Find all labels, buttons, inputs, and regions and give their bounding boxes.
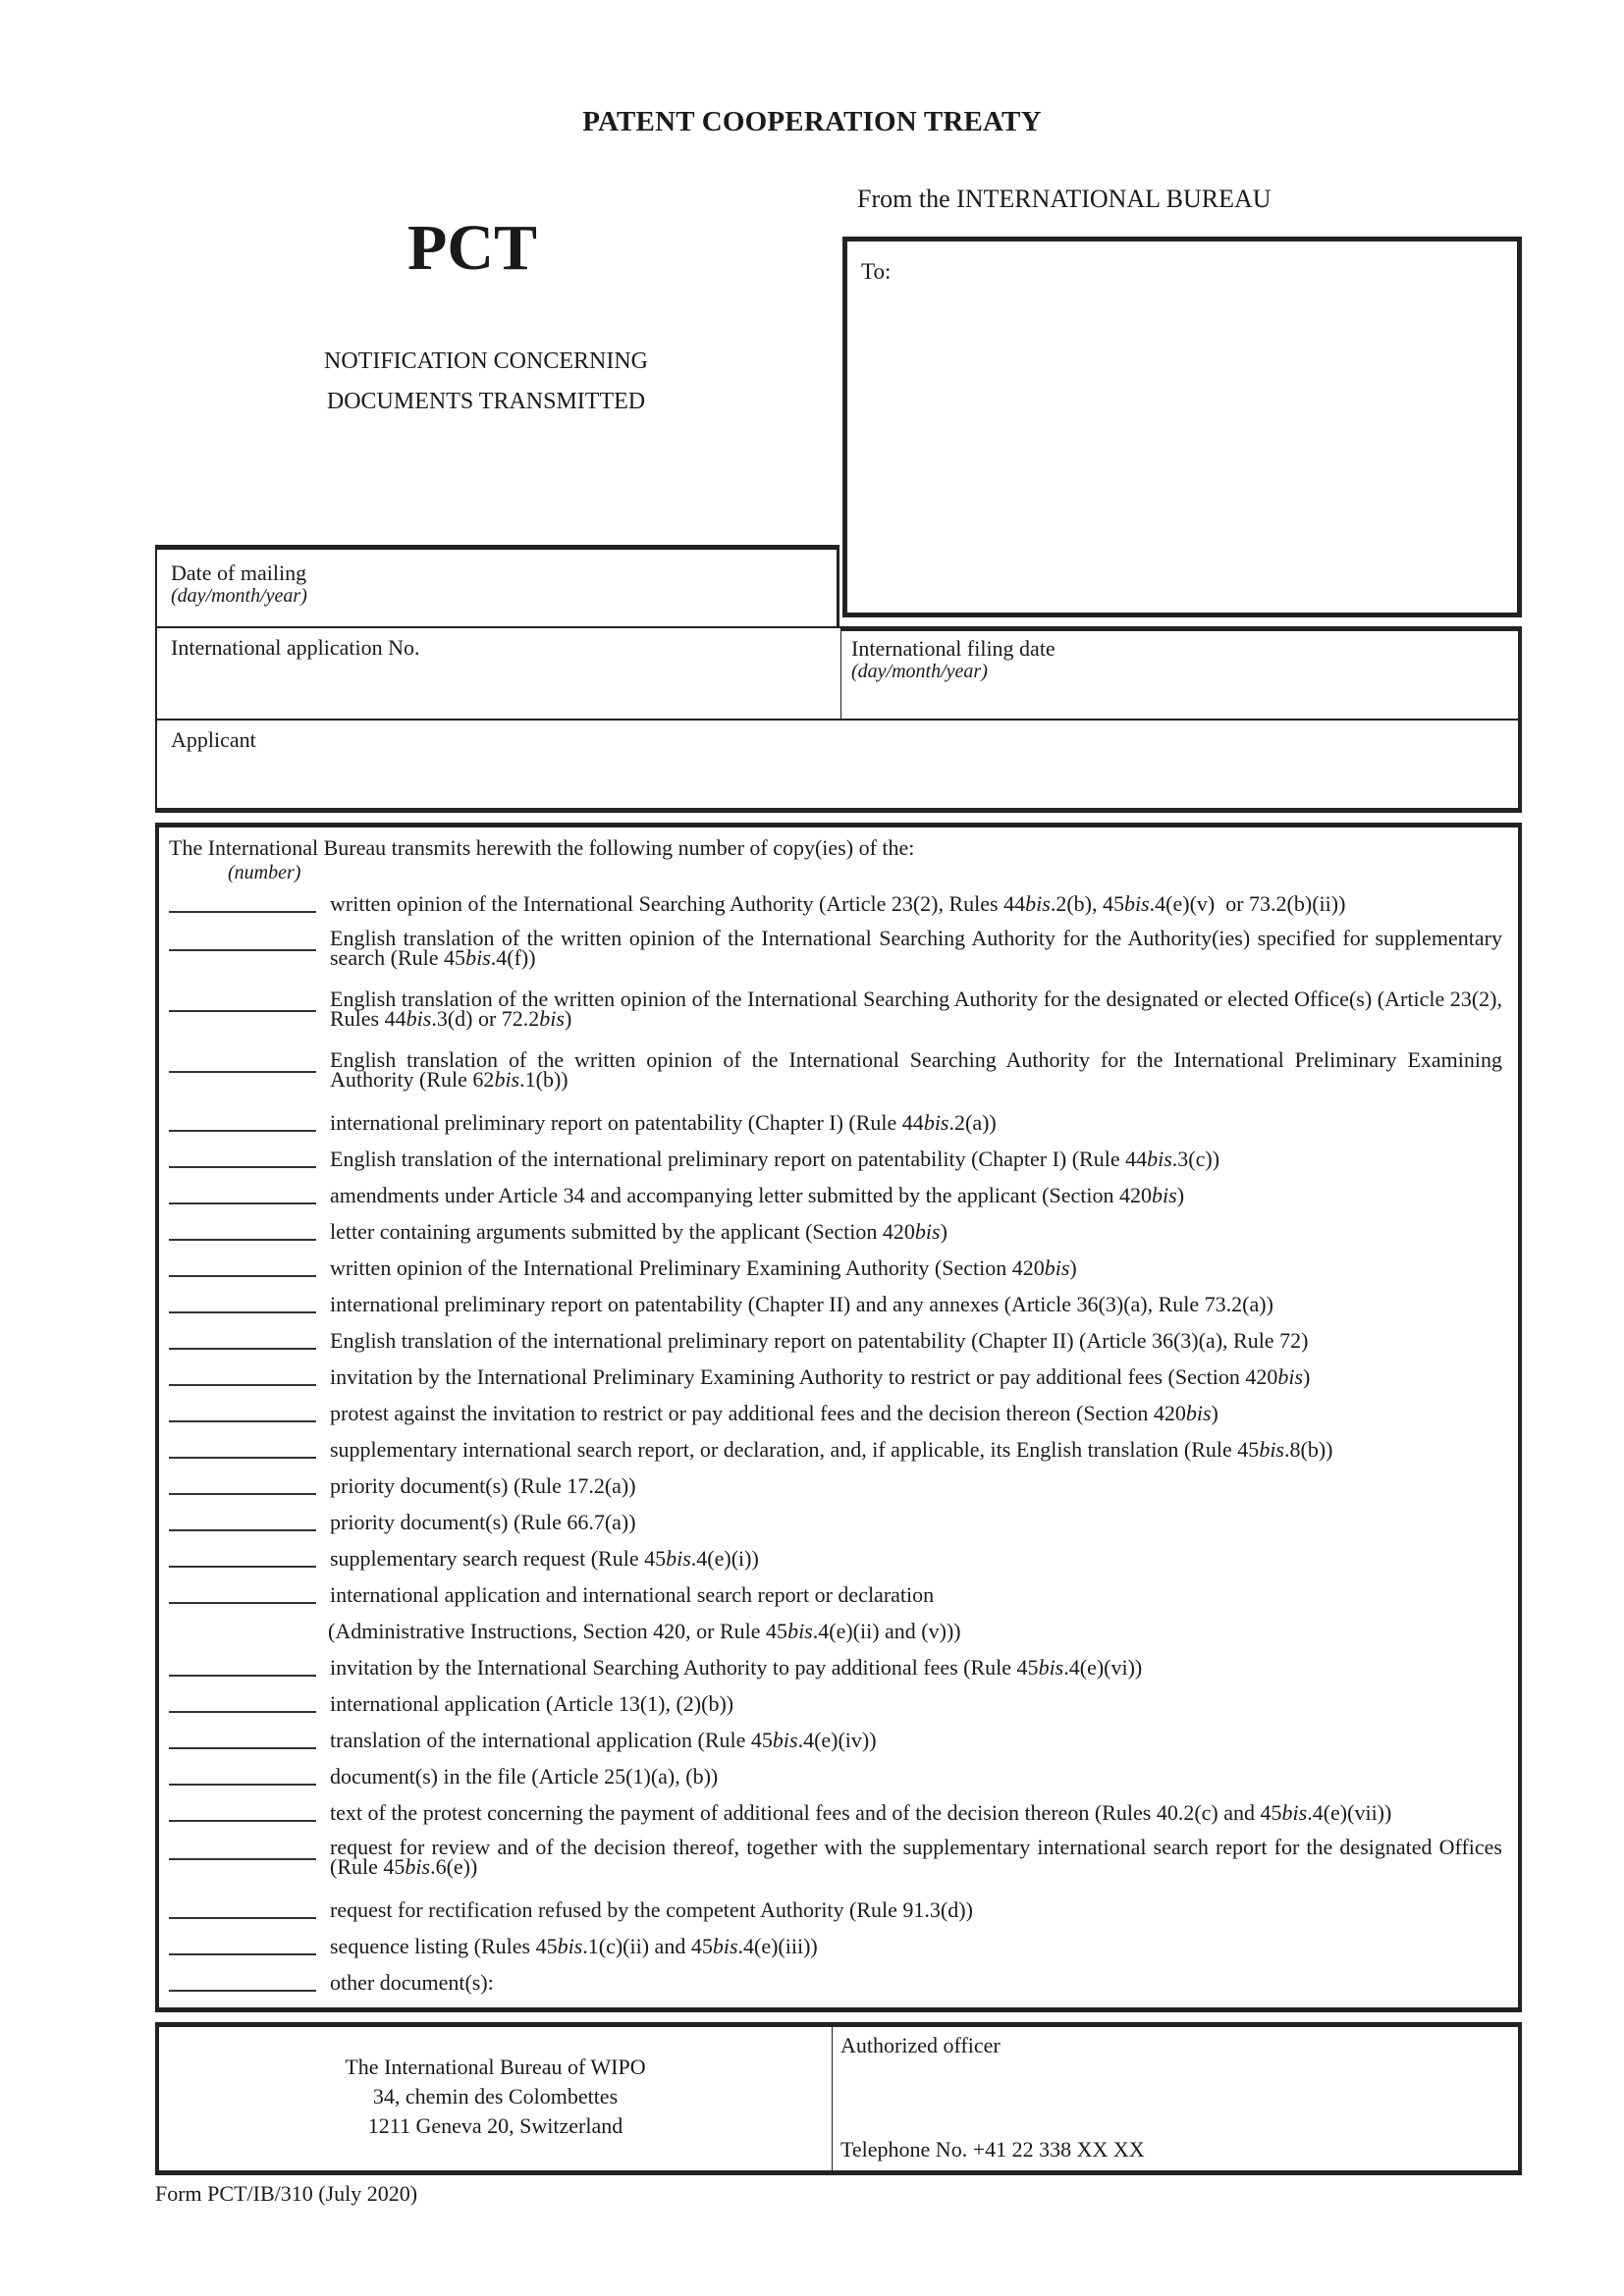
notification-title-line2: DOCUMENTS TRANSMITTED [285, 382, 687, 422]
application-details: International application No. Internatio… [155, 626, 1522, 813]
to-label: To: [861, 259, 891, 285]
date-format-hint: (day/month/year) [171, 585, 307, 607]
document-item: text of the protest concerning the payme… [159, 1795, 1518, 1832]
copy-count-blank[interactable] [169, 1653, 316, 1677]
copy-count-blank[interactable] [169, 1544, 316, 1568]
document-item: request for review and of the decision t… [159, 1832, 1518, 1893]
document-item: supplementary international search repor… [159, 1432, 1518, 1468]
document-item: international preliminary report on pate… [159, 1287, 1518, 1323]
pct-heading: PCT [407, 211, 537, 286]
document-item: international application (Article 13(1)… [159, 1686, 1518, 1723]
document-item-text: supplementary international search repor… [330, 1440, 1502, 1460]
document-item-text: other document(s): [330, 1973, 1502, 1993]
documents-intro: The International Bureau transmits herew… [169, 835, 914, 861]
copy-count-blank[interactable] [169, 1580, 316, 1604]
document-item-text: supplementary search request (Rule 45bis… [330, 1549, 1502, 1569]
copy-count-blank[interactable] [169, 1762, 316, 1786]
copy-count-blank[interactable] [169, 1837, 316, 1860]
document-item: invitation by the International Searchin… [159, 1650, 1518, 1686]
authorized-officer-label: Authorized officer [840, 2033, 1001, 2058]
document-item: English translation of the written opini… [159, 984, 1518, 1044]
document-item-text: international preliminary report on pate… [330, 1295, 1502, 1314]
document-item: supplementary search request (Rule 45bis… [159, 1541, 1518, 1577]
copy-count-blank[interactable] [169, 1896, 316, 1919]
document-item-text: priority document(s) (Rule 66.7(a)) [330, 1513, 1502, 1532]
document-item-text: request for review and of the decision t… [330, 1838, 1502, 1877]
document-item: document(s) in the file (Article 25(1)(a… [159, 1759, 1518, 1795]
document-item-text: written opinion of the International Sea… [330, 894, 1502, 914]
document-item-text: letter containing arguments submitted by… [330, 1222, 1502, 1242]
document-item-text: request for rectification refused by the… [330, 1900, 1502, 1920]
document-item: sequence listing (Rules 45bis.1(c)(ii) a… [159, 1929, 1518, 1965]
addressee-box[interactable]: To: [842, 237, 1522, 617]
copy-count-blank[interactable] [169, 1435, 316, 1459]
document-item: international application and internatio… [159, 1577, 1518, 1614]
document-item: written opinion of the International Pre… [159, 1251, 1518, 1287]
document-item: English translation of the written opini… [159, 923, 1518, 984]
copy-count-blank[interactable] [169, 988, 316, 1012]
copy-count-blank[interactable] [169, 1254, 316, 1277]
document-item-text: priority document(s) (Rule 17.2(a)) [330, 1476, 1502, 1496]
copy-count-blank[interactable] [169, 889, 316, 913]
document-list: written opinion of the International Sea… [159, 886, 1518, 2002]
treaty-title: PATENT COOPERATION TREATY [0, 106, 1624, 138]
international-filing-date-label: International filing date [851, 637, 1056, 661]
document-item: priority document(s) (Rule 66.7(a)) [159, 1505, 1518, 1541]
document-item: international preliminary report on pate… [159, 1105, 1518, 1142]
wipo-address: The International Bureau of WIPO 34, che… [159, 2027, 833, 2170]
document-item: letter containing arguments submitted by… [159, 1214, 1518, 1251]
document-item: written opinion of the International Sea… [159, 886, 1518, 923]
copy-count-blank[interactable] [169, 1508, 316, 1531]
date-of-mailing-label: Date of mailing [171, 561, 307, 585]
notification-title: NOTIFICATION CONCERNING DOCUMENTS TRANSM… [285, 342, 687, 422]
date-format-hint: (day/month/year) [851, 661, 1056, 682]
copy-count-blank[interactable] [169, 1968, 316, 1992]
copy-count-blank[interactable] [169, 1399, 316, 1422]
document-item: English translation of the international… [159, 1142, 1518, 1178]
document-item: other document(s): [159, 1965, 1518, 2002]
document-item-text: (Administrative Instructions, Section 42… [328, 1622, 1500, 1641]
number-column-label: (number) [228, 862, 300, 884]
document-item-text: English translation of the written opini… [330, 989, 1502, 1029]
document-item-text: translation of the international applica… [330, 1731, 1502, 1750]
copy-count-blank[interactable] [169, 1689, 316, 1713]
copy-count-blank[interactable] [169, 928, 316, 951]
wipo-address-line1: The International Bureau of WIPO [159, 2053, 832, 2082]
document-item-text: amendments under Article 34 and accompan… [330, 1186, 1502, 1205]
document-item: protest against the invitation to restri… [159, 1396, 1518, 1432]
form-identifier: Form PCT/IB/310 (July 2020) [155, 2181, 417, 2207]
date-of-mailing-field[interactable]: Date of mailing (day/month/year) [155, 545, 839, 628]
from-international-bureau: From the INTERNATIONAL BUREAU [857, 185, 1272, 214]
copy-count-blank[interactable] [169, 1049, 316, 1073]
copy-count-blank[interactable] [169, 1362, 316, 1386]
documents-transmitted-section: The International Bureau transmits herew… [155, 823, 1522, 2012]
copy-count-blank[interactable] [169, 1932, 316, 1955]
copy-count-blank[interactable] [169, 1290, 316, 1313]
document-item-text: protest against the invitation to restri… [330, 1404, 1502, 1423]
document-item: translation of the international applica… [159, 1723, 1518, 1759]
document-item-text: text of the protest concerning the payme… [330, 1803, 1502, 1823]
copy-count-blank[interactable] [169, 1726, 316, 1749]
wipo-address-line2: 34, chemin des Colombettes [159, 2082, 832, 2111]
document-item: invitation by the International Prelimin… [159, 1360, 1518, 1396]
international-filing-date-field[interactable]: International filing date (day/month/yea… [841, 626, 1520, 719]
telephone-number: Telephone No. +41 22 338 XX XX [840, 2137, 1145, 2163]
international-application-no-field[interactable]: International application No. [157, 626, 841, 719]
copy-count-blank[interactable] [169, 1471, 316, 1495]
applicant-label: Applicant [171, 728, 256, 752]
document-item-text: international application (Article 13(1)… [330, 1694, 1502, 1714]
applicant-field[interactable]: Applicant [157, 719, 1520, 808]
document-item-text: invitation by the International Searchin… [330, 1658, 1502, 1678]
copy-count-blank[interactable] [169, 1217, 316, 1241]
wipo-address-line3: 1211 Geneva 20, Switzerland [159, 2111, 832, 2141]
document-item-text: invitation by the International Prelimin… [330, 1367, 1502, 1387]
document-item-text: international preliminary report on pate… [330, 1113, 1502, 1133]
copy-count-blank[interactable] [169, 1145, 316, 1168]
document-item: English translation of the written opini… [159, 1044, 1518, 1105]
document-item-text: English translation of the written opini… [330, 929, 1502, 968]
document-item: English translation of the international… [159, 1323, 1518, 1360]
footer-box: The International Bureau of WIPO 34, che… [155, 2022, 1522, 2175]
copy-count-blank[interactable] [169, 1181, 316, 1204]
document-item-text: English translation of the written opini… [330, 1050, 1502, 1090]
document-item: priority document(s) (Rule 17.2(a)) [159, 1468, 1518, 1505]
document-item: request for rectification refused by the… [159, 1893, 1518, 1929]
document-item-text: English translation of the international… [330, 1149, 1502, 1169]
document-item-text: document(s) in the file (Article 25(1)(a… [330, 1767, 1502, 1787]
document-item-continuation: (Administrative Instructions, Section 42… [159, 1614, 1518, 1650]
authorized-officer-field[interactable]: Authorized officer Telephone No. +41 22 … [833, 2027, 1518, 2170]
document-item-text: English translation of the international… [330, 1331, 1502, 1351]
document-item: amendments under Article 34 and accompan… [159, 1178, 1518, 1214]
document-item-text: international application and internatio… [330, 1585, 1502, 1605]
document-item-text: sequence listing (Rules 45bis.1(c)(ii) a… [330, 1937, 1502, 1956]
notification-title-line1: NOTIFICATION CONCERNING [285, 342, 687, 382]
copy-count-blank[interactable] [169, 1798, 316, 1822]
copy-count-blank[interactable] [169, 1326, 316, 1350]
international-application-no-label: International application No. [171, 636, 420, 660]
copy-count-blank[interactable] [169, 1108, 316, 1132]
document-item-text: written opinion of the International Pre… [330, 1258, 1502, 1278]
